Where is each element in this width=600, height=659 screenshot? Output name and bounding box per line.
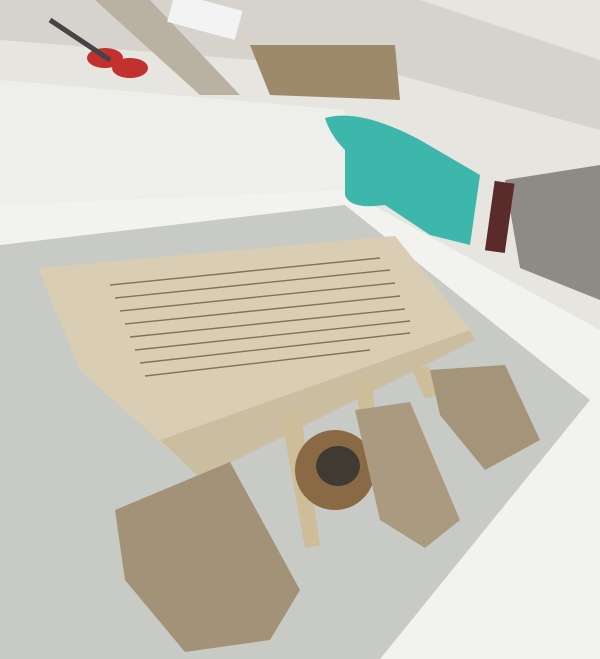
- framed-document: [250, 45, 400, 100]
- wax-seal-center: [316, 446, 360, 486]
- photo-scene: [0, 0, 600, 659]
